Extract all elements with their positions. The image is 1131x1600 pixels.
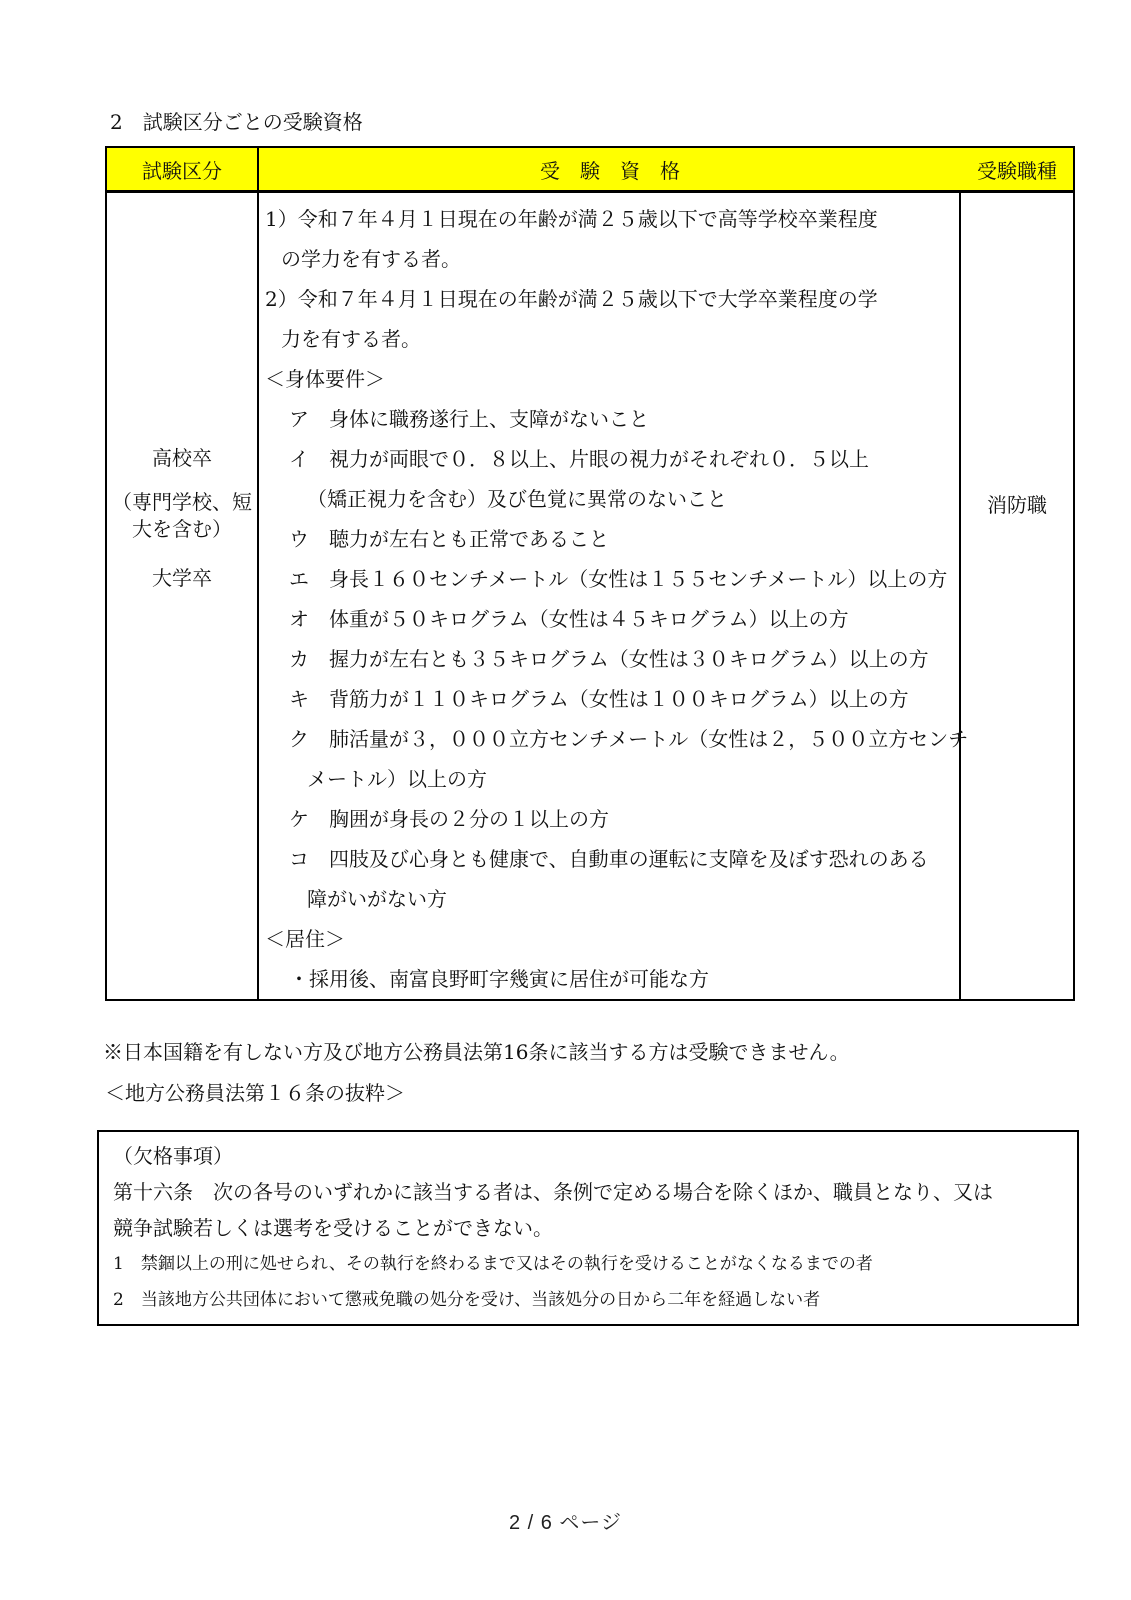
- table-body-row: 高校卒 （専門学校、短 大を含む） 大学卒 1）令和７年４月１日現在の年齢が満２…: [107, 193, 1073, 999]
- nationality-note: ※日本国籍を有しない方及び地方公務員法第16条に該当する方は受験できません。: [103, 1036, 850, 1065]
- table-header-row: 試験区分 受 験 資 格 受験職種: [107, 148, 1073, 193]
- exam-category-line: （専門学校、短: [107, 489, 257, 516]
- qualification-line: メートル）以上の方: [307, 759, 959, 799]
- exam-category-line: 大学卒: [107, 565, 257, 592]
- document-page: 2 試験区分ごとの受験資格 試験区分 受 験 資 格 受験職種 高校卒 （専門学…: [0, 0, 1131, 1600]
- job-type-cell: 消防職: [961, 193, 1073, 999]
- law-excerpt-line: 競争試験若しくは選考を受けることができない。: [113, 1210, 1063, 1246]
- header-cell-job-type: 受験職種: [961, 148, 1073, 190]
- law-excerpt-line: 第十六条 次の各号のいずれかに該当する者は、条例で定める場合を除くほか、職員とな…: [113, 1174, 1063, 1210]
- qualification-line: 1）令和７年４月１日現在の年齢が満２５歳以下で高等学校卒業程度: [265, 199, 959, 239]
- exam-category-line: 高校卒: [107, 445, 257, 472]
- qualification-section-title: ＜居住＞: [265, 919, 959, 959]
- law-excerpt-box: （欠格事項） 第十六条 次の各号のいずれかに該当する者は、条例で定める場合を除く…: [97, 1130, 1079, 1326]
- qualification-line: ア 身体に職務遂行上、支障がないこと: [289, 399, 959, 439]
- qualification-section-title: ＜身体要件＞: [265, 359, 959, 399]
- job-type-label: 消防職: [987, 493, 1047, 517]
- eligibility-table: 試験区分 受 験 資 格 受験職種 高校卒 （専門学校、短 大を含む） 大学卒 …: [105, 146, 1075, 1001]
- qualification-line: ウ 聴力が左右とも正常であること: [289, 519, 959, 559]
- law-excerpt-line: 1 禁錮以上の刑に処せられ、その執行を終わるまで又はその執行を受けることがなくな…: [113, 1246, 1063, 1282]
- qualification-line: 2）令和７年４月１日現在の年齢が満２５歳以下で大学卒業程度の学: [265, 279, 959, 319]
- qualification-line: 力を有する者。: [281, 319, 959, 359]
- page-number: 2 / 6 ページ: [0, 1506, 1131, 1535]
- qualification-line: コ 四肢及び心身とも健康で、自動車の運転に支障を及ぼす恐れのある: [289, 839, 959, 879]
- qualification-line: （矯正視力を含む）及び色覚に異常のないこと: [307, 479, 959, 519]
- qualification-line: エ 身長１６０センチメートル（女性は１５５センチメートル）以上の方: [289, 559, 959, 599]
- law-excerpt-title: ＜地方公務員法第１６条の抜粋＞: [105, 1077, 405, 1106]
- law-excerpt-line: 2 当該地方公共団体において懲戒免職の処分を受け、当該処分の日から二年を経過しな…: [113, 1282, 1063, 1318]
- qualification-line: の学力を有する者。: [281, 239, 959, 279]
- qualification-cell: 1）令和７年４月１日現在の年齢が満２５歳以下で高等学校卒業程度 の学力を有する者…: [259, 193, 961, 999]
- qualification-line: 障がいがない方: [307, 879, 959, 919]
- qualification-line: ク 肺活量が３，０００立方センチメートル（女性は２，５００立方センチ: [289, 719, 959, 759]
- law-excerpt-line: （欠格事項）: [113, 1138, 1063, 1174]
- qualification-line: ケ 胸囲が身長の２分の１以上の方: [289, 799, 959, 839]
- exam-category-line: 大を含む）: [107, 516, 257, 543]
- header-cell-exam-category: 試験区分: [107, 148, 259, 190]
- exam-category-cell: 高校卒 （専門学校、短 大を含む） 大学卒: [107, 193, 259, 999]
- qualification-line: オ 体重が５０キログラム（女性は４５キログラム）以上の方: [289, 599, 959, 639]
- section-heading: 2 試験区分ごとの受験資格: [110, 106, 363, 135]
- qualification-line: キ 背筋力が１１０キログラム（女性は１００キログラム）以上の方: [289, 679, 959, 719]
- qualification-line: イ 視力が両眼で０．８以上、片眼の視力がそれぞれ０．５以上: [289, 439, 959, 479]
- qualification-line: カ 握力が左右とも３５キログラム（女性は３０キログラム）以上の方: [289, 639, 959, 679]
- header-cell-qualification: 受 験 資 格: [259, 148, 961, 190]
- qualification-line: ・採用後、南富良野町字幾寅に居住が可能な方: [289, 959, 959, 999]
